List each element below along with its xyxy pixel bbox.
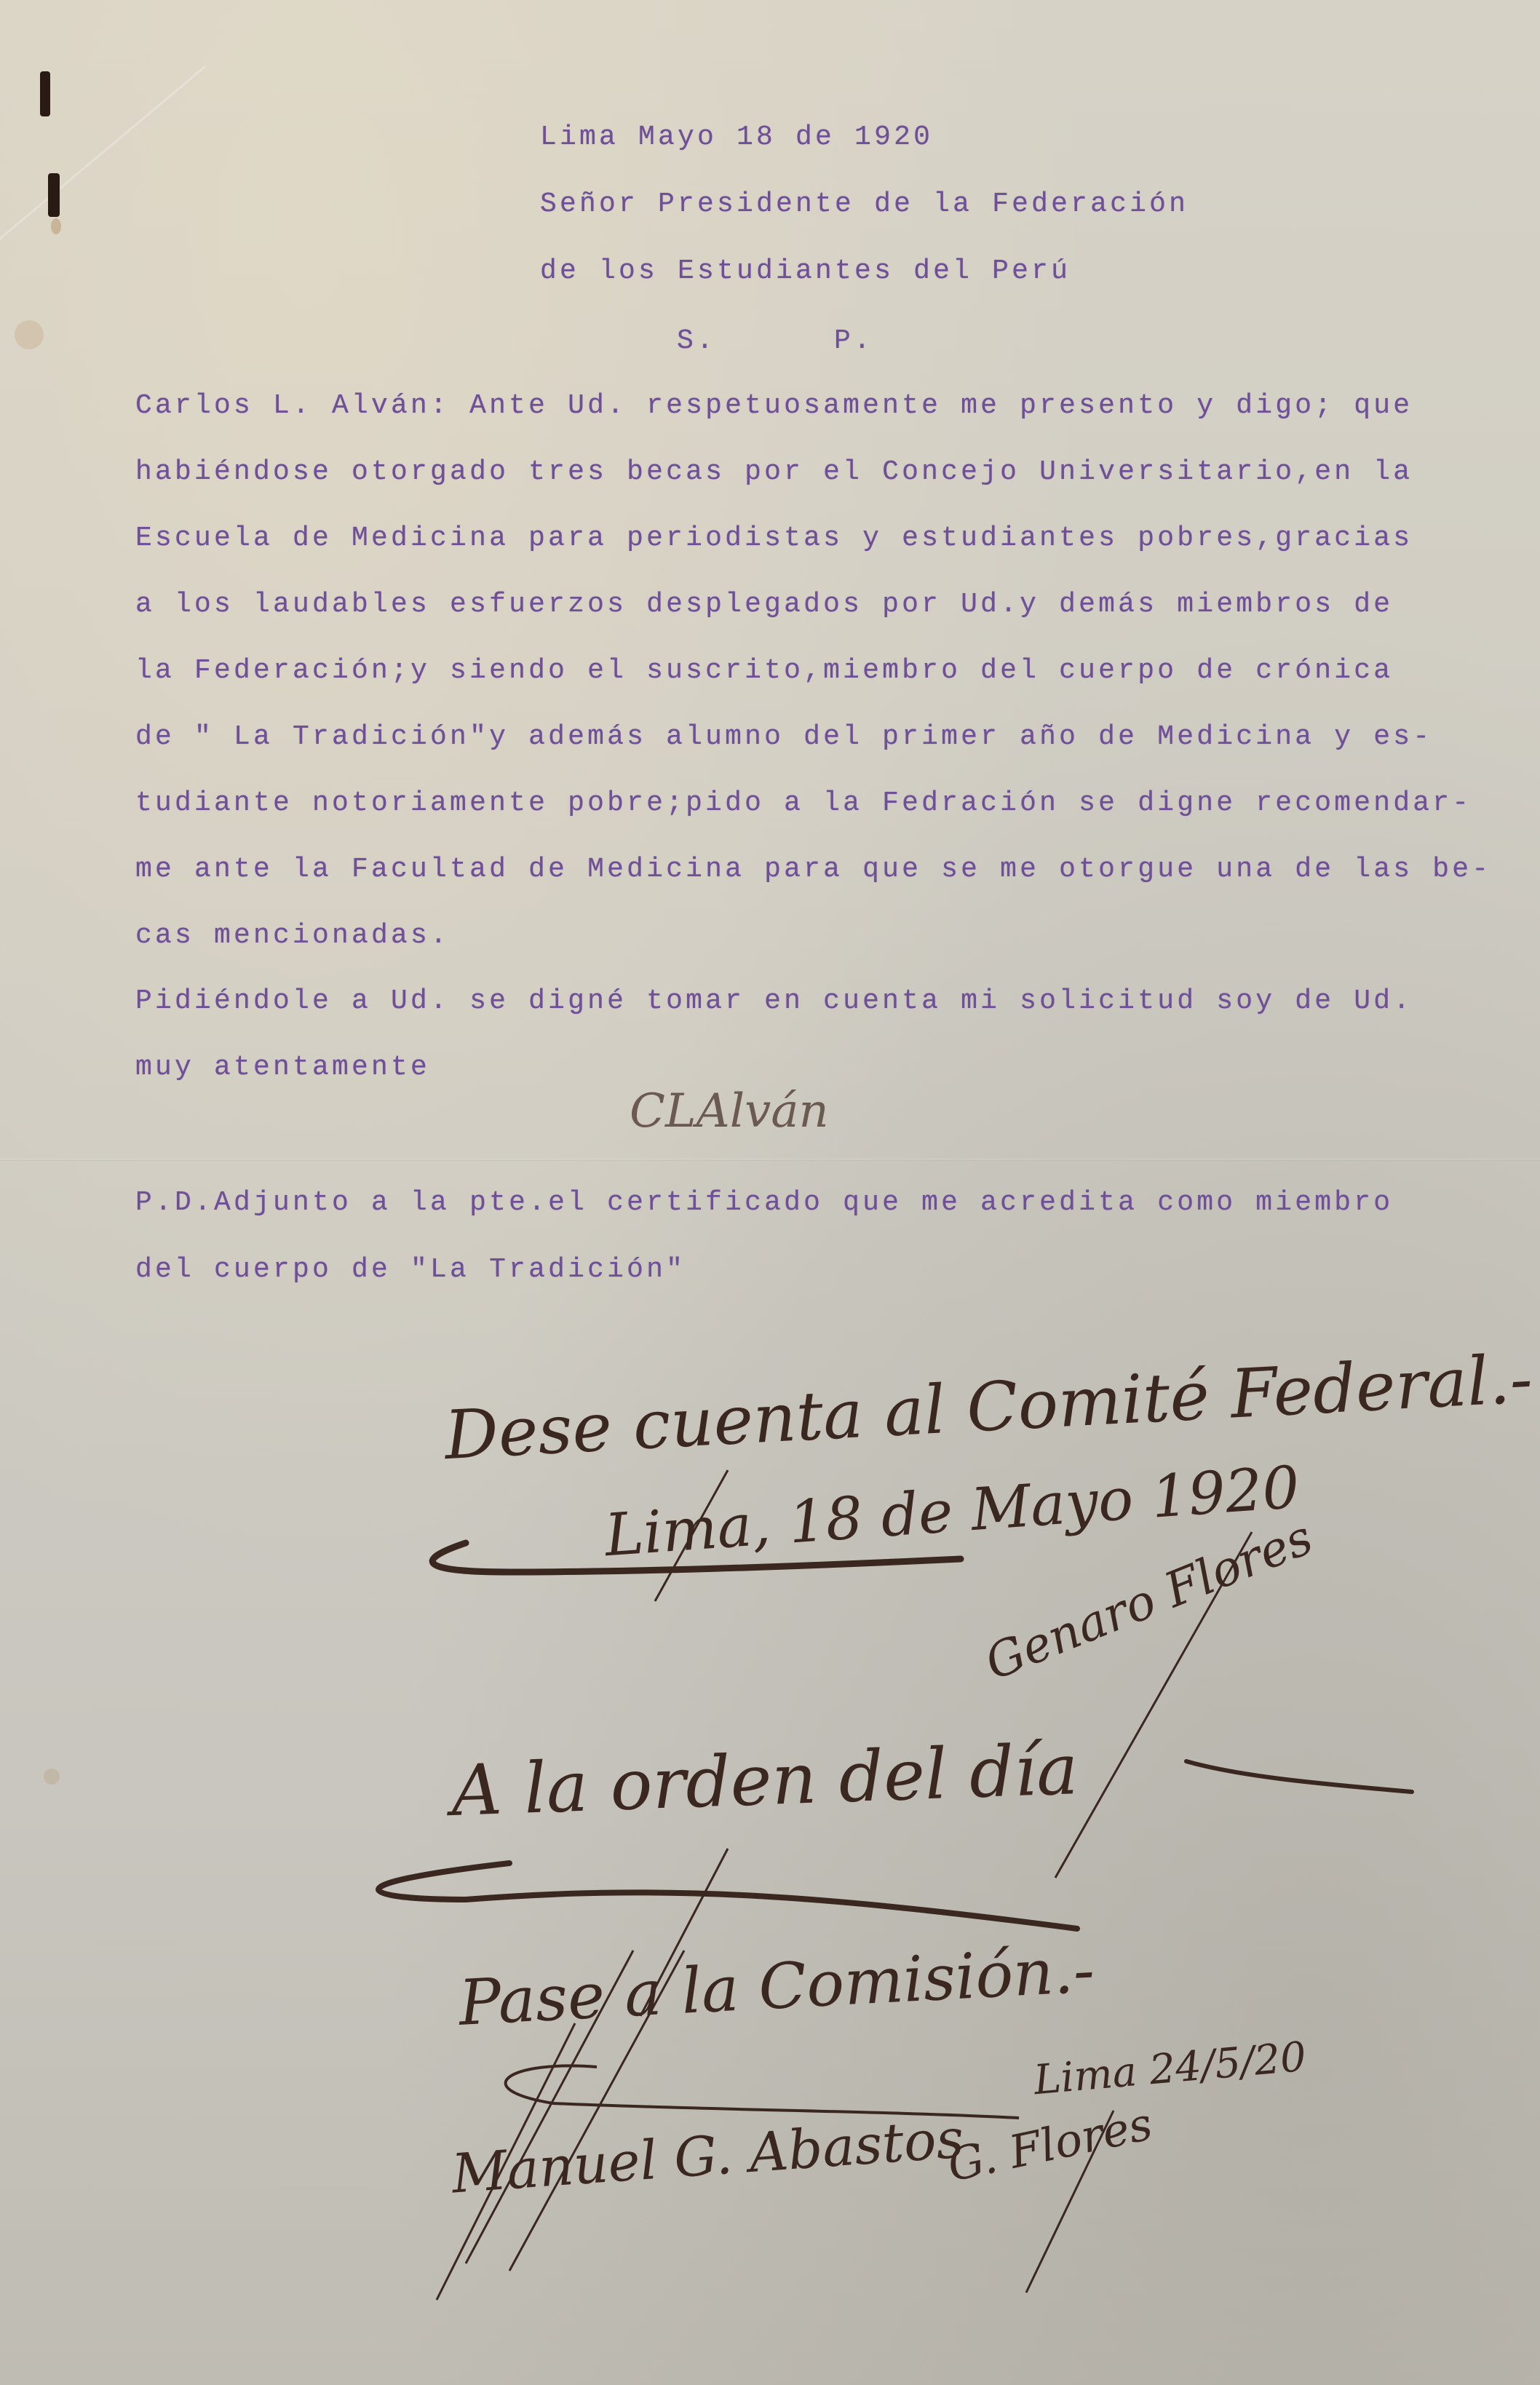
annotation-dese-cuenta: Dese cuenta al Comité Federal.- (442, 1340, 1534, 1475)
salutation-abbrev: S. P. (677, 325, 873, 358)
author-signature: CLAlván (630, 1084, 829, 1138)
body-line: habiéndose otorgado tres becas por el Co… (135, 456, 1413, 489)
body-line: me ante la Facultad de Medicina para que… (135, 853, 1491, 886)
postscript-line: del cuerpo de "La Tradición" (135, 1253, 686, 1287)
stain (51, 218, 61, 234)
annotation-date-2: Lima 24/5/20 (1032, 2033, 1309, 2104)
letter-page: Lima Mayo 18 de 1920 Señor Presidente de… (0, 0, 1540, 2385)
ink-mark (48, 173, 60, 217)
addressee-line-1: Señor Presidente de la Federación (540, 188, 1188, 221)
body-line: de " La Tradición"y además alumno del pr… (135, 721, 1432, 754)
body-line: tudiante notoriamente pobre;pido a la Fe… (135, 787, 1472, 820)
date-line: Lima Mayo 18 de 1920 (540, 121, 933, 154)
body-line: a los laudables esfuerzos desplegados po… (135, 588, 1393, 622)
signature-abastos: Manuel G. Abastos (450, 2108, 966, 2206)
paper-fold-line (0, 1159, 1540, 1161)
stain (44, 1769, 60, 1785)
body-line: Escuela de Medicina para periodistas y e… (135, 522, 1413, 555)
ink-mark (40, 71, 50, 116)
body-line: cas mencionadas. (135, 919, 450, 953)
annotation-orden-del-dia: A la orden del día (450, 1729, 1079, 1832)
body-line: Pidiéndole a Ud. se digné tomar en cuent… (135, 985, 1413, 1018)
stain (15, 320, 44, 349)
body-line: la Federación;y siendo el suscrito,miemb… (135, 654, 1393, 688)
body-line: Carlos L. Alván: Ante Ud. respetuosament… (135, 389, 1413, 423)
addressee-line-2: de los Estudiantes del Perú (540, 255, 1071, 288)
annotation-pase-comision: Pase a la Comisión.- (457, 1934, 1096, 2040)
postscript-line: P.D.Adjunto a la pte.el certificado que … (135, 1186, 1393, 1220)
signature-g-flores: G. Flores (943, 2097, 1157, 2192)
paper-crease (0, 66, 206, 263)
body-line: muy atentamente (135, 1051, 430, 1084)
